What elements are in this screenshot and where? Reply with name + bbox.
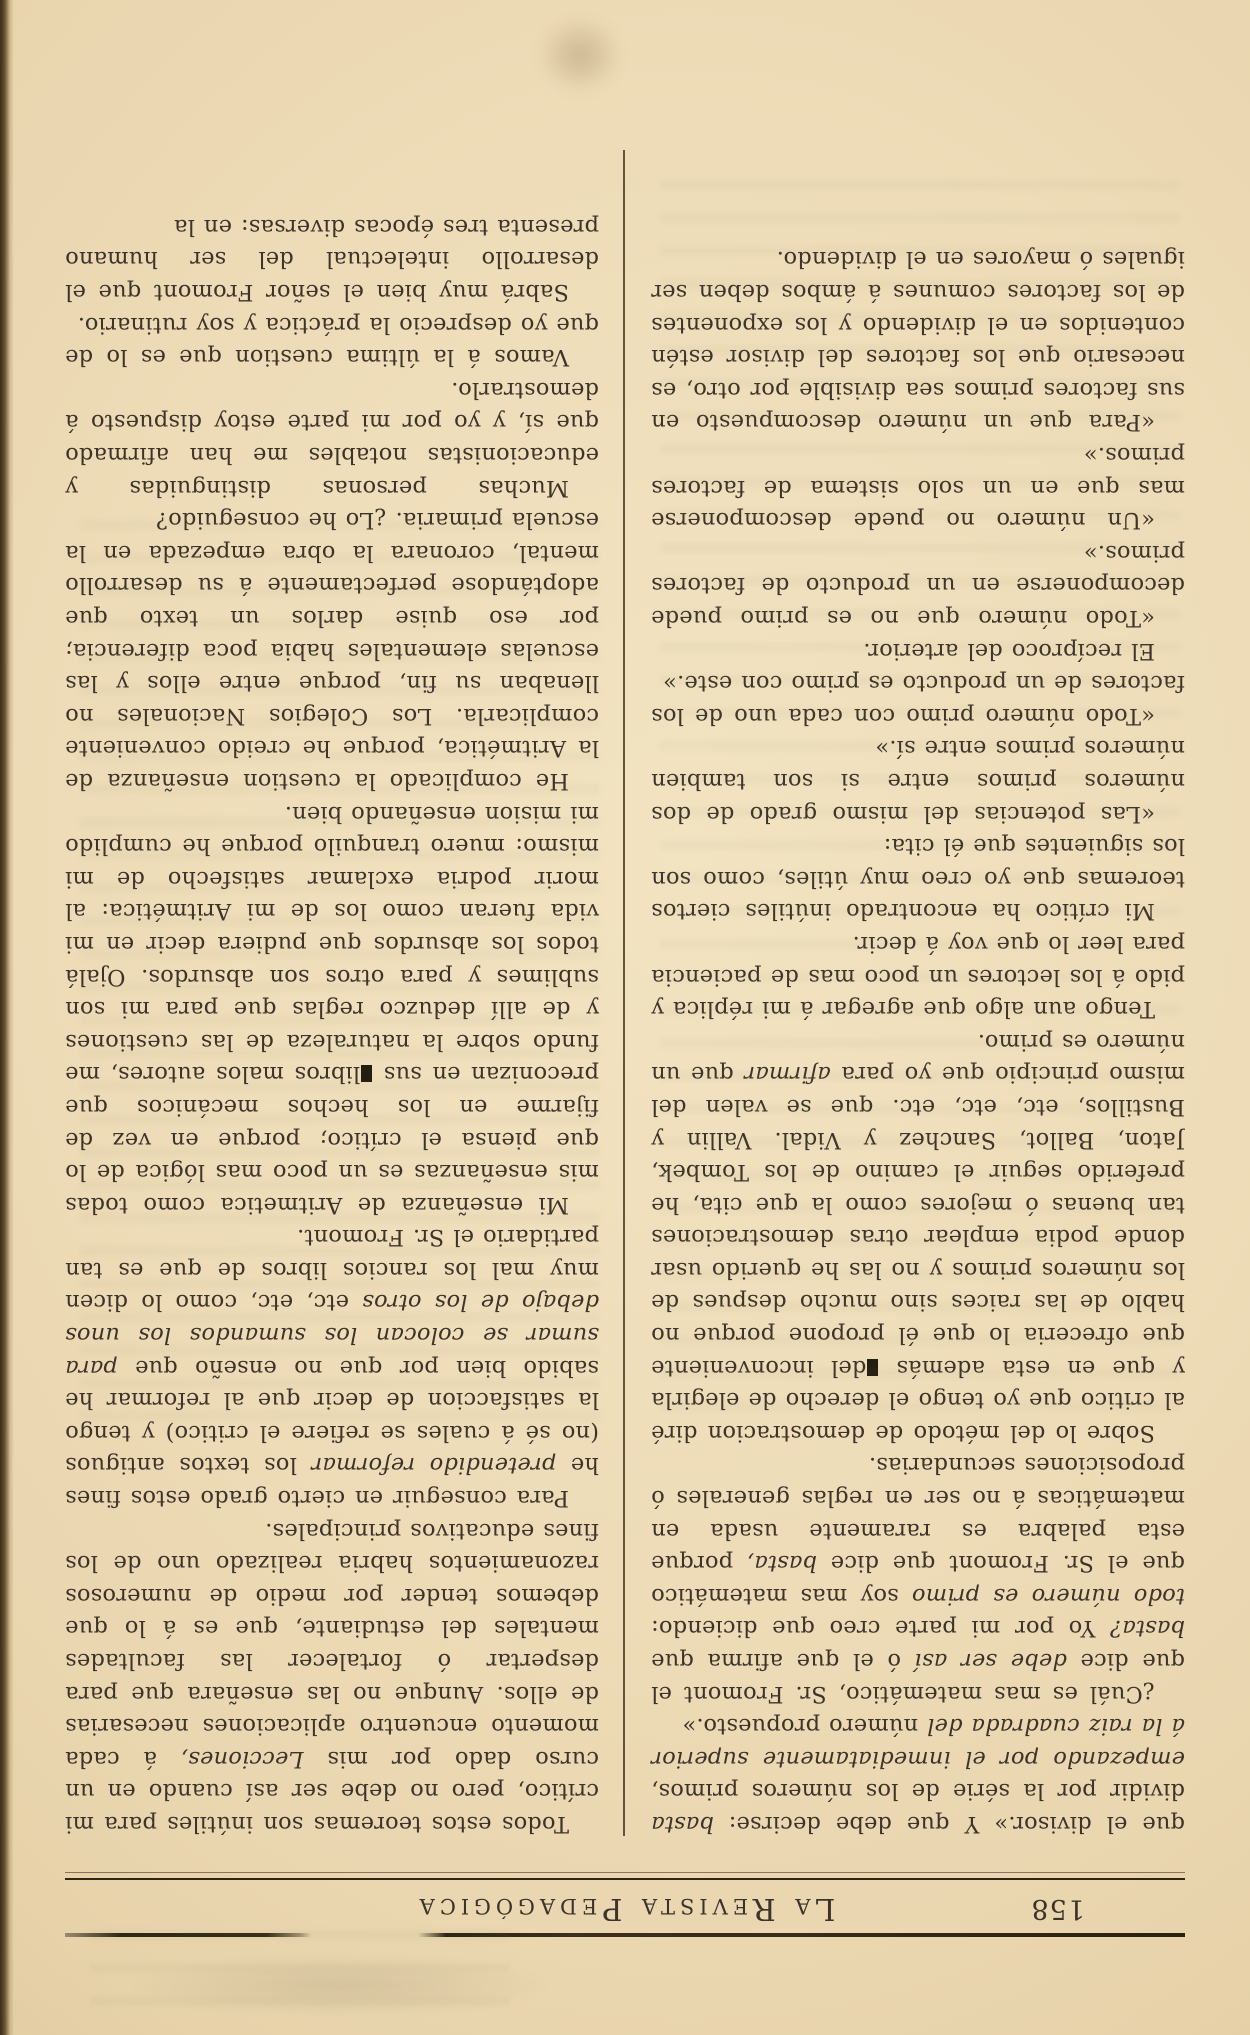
ink-bleedthrough (660, 180, 1180, 1420)
paragraph: Sabrá muy bien el señor Fromont que el d… (65, 210, 599, 308)
header-bottom-rule (65, 1872, 1185, 1880)
paper-smudge (60, 1945, 620, 2025)
column-divider-rule (624, 150, 626, 1836)
paragraph: que el divisor.» Y que debe decirse: bas… (651, 1710, 1185, 1840)
paragraph: ¿Cuál es mas matemático, Sr. Fromont el … (651, 1449, 1185, 1710)
paragraph: Todos estos teoremas son inútiles para m… (65, 1514, 599, 1840)
scanned-journal-page: 158 La Revista Pedagógica que el divisor… (0, 0, 1250, 2035)
page-gutter-shadow (0, 0, 14, 2035)
journal-title: La Revista Pedagógica (65, 1891, 1185, 1926)
paragraph: Vamos á la última cuestion que es lo de … (65, 308, 599, 373)
paper-stain (520, 0, 640, 110)
paragraph: Muchas personas distinguidas y educacion… (65, 373, 599, 503)
ink-bleedthrough (80, 520, 600, 1420)
header-row: 158 La Revista Pedagógica (65, 1886, 1185, 1926)
